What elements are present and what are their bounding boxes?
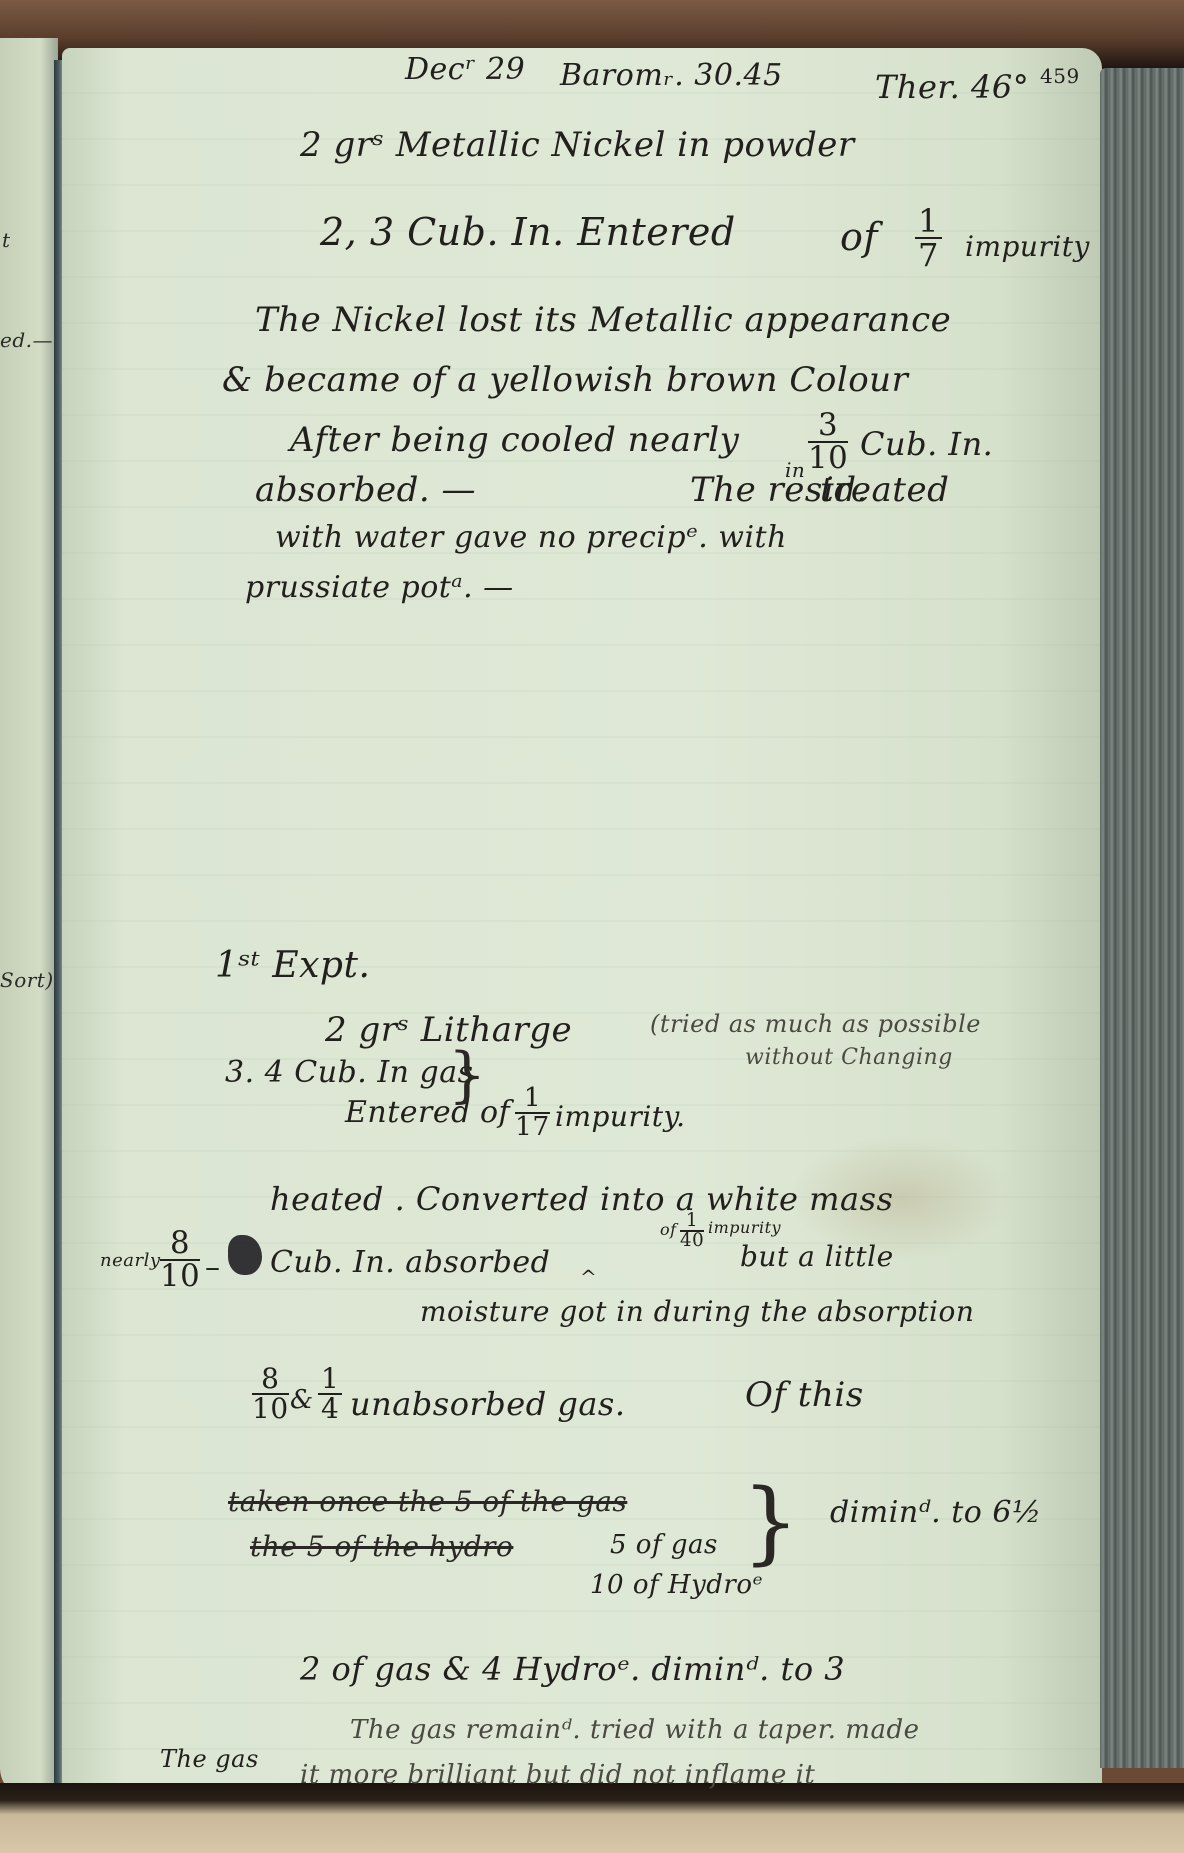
fraction-absorbed: 310: [808, 410, 848, 474]
gas-entered-line: 2, 3 Cub. In. Entered: [320, 210, 736, 254]
but-little: but a little: [740, 1240, 894, 1273]
hydrogen-line: 2 of gas & 4 Hydroᵉ. diminᵈ. to 3: [300, 1650, 845, 1688]
dried-note-2: without Changing: [745, 1045, 953, 1070]
para-line: with water gave no precipᵉ. with: [275, 520, 787, 555]
left-page-fragment: t: [2, 228, 11, 252]
left-page-fragment: Sort): [0, 968, 54, 992]
denominator: 7: [915, 239, 942, 271]
moisture-line: moisture got in during the absorption: [420, 1295, 974, 1328]
margin-fraction: 810: [160, 1228, 200, 1292]
margin-the-gas: The gas: [160, 1745, 259, 1773]
para-line: The Nickel lost its Metallic appearance: [255, 300, 951, 340]
experiment-heading: 1ˢᵗ Expt.: [215, 945, 370, 986]
diminished-line: diminᵈ. to 6½: [830, 1495, 1042, 1530]
insert-in: in: [785, 458, 805, 482]
denominator: 10: [808, 443, 848, 474]
taper-line-2: it more brilliant but did not inflame it: [300, 1760, 815, 1790]
numerator: 3: [808, 410, 848, 443]
page-block-edge: [1100, 68, 1184, 1768]
fraction-impurity: 117: [515, 1085, 550, 1140]
numerator: 8: [252, 1365, 289, 1395]
numerator: 1: [680, 1212, 704, 1232]
word-of: of: [840, 215, 878, 259]
para-line: prussiate potᵃ. —: [245, 570, 514, 605]
heated-line: heated . Converted into a white mass: [270, 1180, 893, 1218]
struck-text-2: the 5 of the hydro: [250, 1530, 513, 1563]
numerator: 1: [515, 1085, 550, 1114]
denominator: 10: [160, 1261, 200, 1292]
gas-5: 5 of gas: [610, 1530, 718, 1560]
of-this: Of this: [745, 1375, 864, 1415]
left-page-edge: t ed.— Sort): [0, 38, 58, 1798]
insert-of: of: [660, 1220, 677, 1239]
unabsorbed-line: unabsorbed gas.: [350, 1385, 626, 1423]
caret: ^: [580, 1265, 597, 1289]
numerator: 8: [160, 1228, 200, 1261]
para-line: Cub. In.: [860, 425, 993, 463]
denominator: 10: [252, 1395, 289, 1423]
para-line: treated: [820, 470, 949, 510]
dash: –: [205, 1250, 221, 1285]
brace: }: [742, 1470, 800, 1575]
nickel-sample-line: 2 grˢ Metallic Nickel in powder: [300, 125, 855, 165]
denominator: 17: [515, 1114, 550, 1141]
numerator: 1: [318, 1365, 342, 1395]
denominator: 40: [680, 1232, 704, 1250]
numerator: 1: [915, 205, 942, 239]
word-impurity: impurity.: [555, 1100, 686, 1133]
page-number: 459: [1040, 64, 1080, 88]
thermometer-reading: Ther. 46°: [875, 68, 1029, 106]
para-line: After being cooled nearly: [290, 420, 739, 460]
word-of: of: [480, 1095, 510, 1130]
para-line: absorbed. —: [255, 470, 476, 510]
denominator: 4: [318, 1395, 342, 1423]
margin-nearly: nearly: [100, 1250, 161, 1271]
gas-volume-line: 3. 4 Cub. In gas: [225, 1055, 474, 1090]
ampersand: &: [290, 1385, 314, 1415]
fraction-unabsorbed-1: 810: [252, 1365, 289, 1423]
fraction-impurity: 17: [915, 205, 942, 271]
struck-text-1: taken once the 5 of the gas: [228, 1485, 627, 1518]
hydro-10: 10 of Hydroᵉ: [590, 1570, 763, 1600]
taper-line-1: The gas remainᵈ. tried with a taper. mad…: [350, 1715, 920, 1745]
para-line: & became of a yellowish brown Colour: [222, 360, 908, 400]
word-impurity: impurity: [965, 230, 1090, 263]
background-table: [0, 1783, 1184, 1853]
entry-date: Decʳ 29: [405, 52, 525, 87]
barometer-reading: Baromᵣ. 30.45: [560, 58, 783, 93]
dried-note: (tried as much as possible: [650, 1010, 981, 1038]
fraction-insert: 140: [680, 1212, 704, 1250]
absorbed-line: Cub. In. absorbed: [270, 1245, 550, 1280]
fraction-unabsorbed-2: 14: [318, 1365, 342, 1423]
left-page-fragment: ed.—: [0, 328, 53, 352]
ink-blot: [228, 1235, 262, 1275]
insert-impurity: impurity: [708, 1218, 781, 1237]
